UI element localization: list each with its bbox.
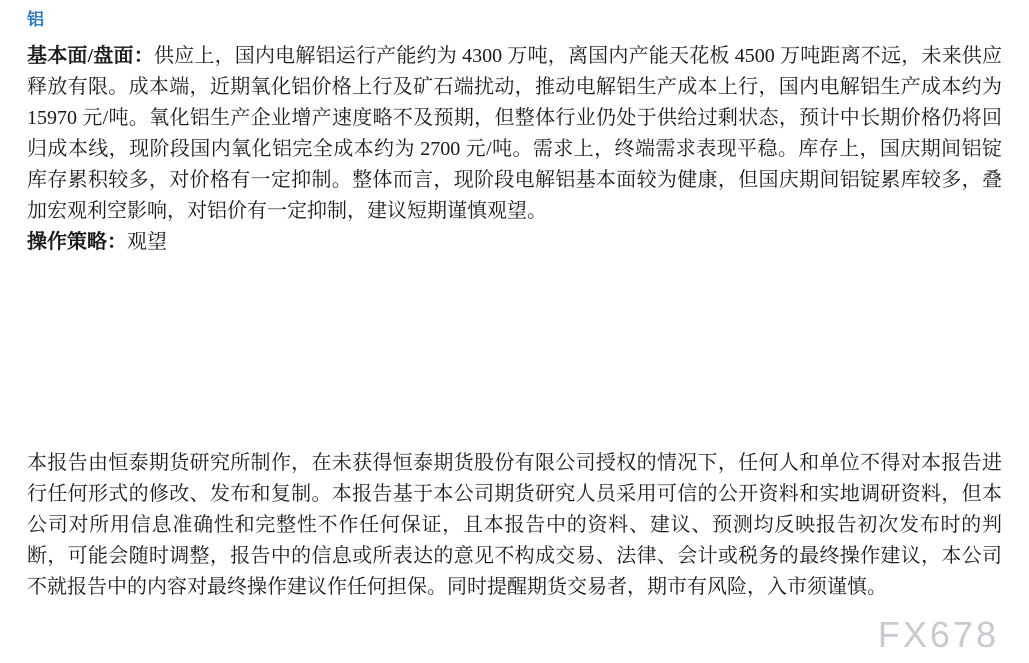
- strategy-label: 操作策略：: [27, 231, 127, 253]
- report-page: 铝 基本面/盘面：供应上，国内电解铝运行产能约为 4300 万吨，离国内产能天花…: [0, 0, 1029, 663]
- fx678-watermark: FX678: [878, 615, 999, 655]
- fundamentals-label: 基本面/盘面：: [27, 45, 154, 67]
- fundamentals-text: 供应上，国内电解铝运行产能约为 4300 万吨，离国内产能天花板 4500 万吨…: [27, 45, 1002, 222]
- page-title: 铝: [27, 8, 1002, 32]
- section-gap: [27, 258, 1002, 448]
- strategy-text: 观望: [127, 231, 167, 253]
- disclaimer-paragraph: 本报告由恒泰期货研究所制作，在未获得恒泰期货股份有限公司授权的情况下，任何人和单…: [27, 448, 1002, 603]
- fundamentals-paragraph: 基本面/盘面：供应上，国内电解铝运行产能约为 4300 万吨，离国内产能天花板 …: [27, 41, 1002, 227]
- strategy-paragraph: 操作策略：观望: [27, 227, 1002, 258]
